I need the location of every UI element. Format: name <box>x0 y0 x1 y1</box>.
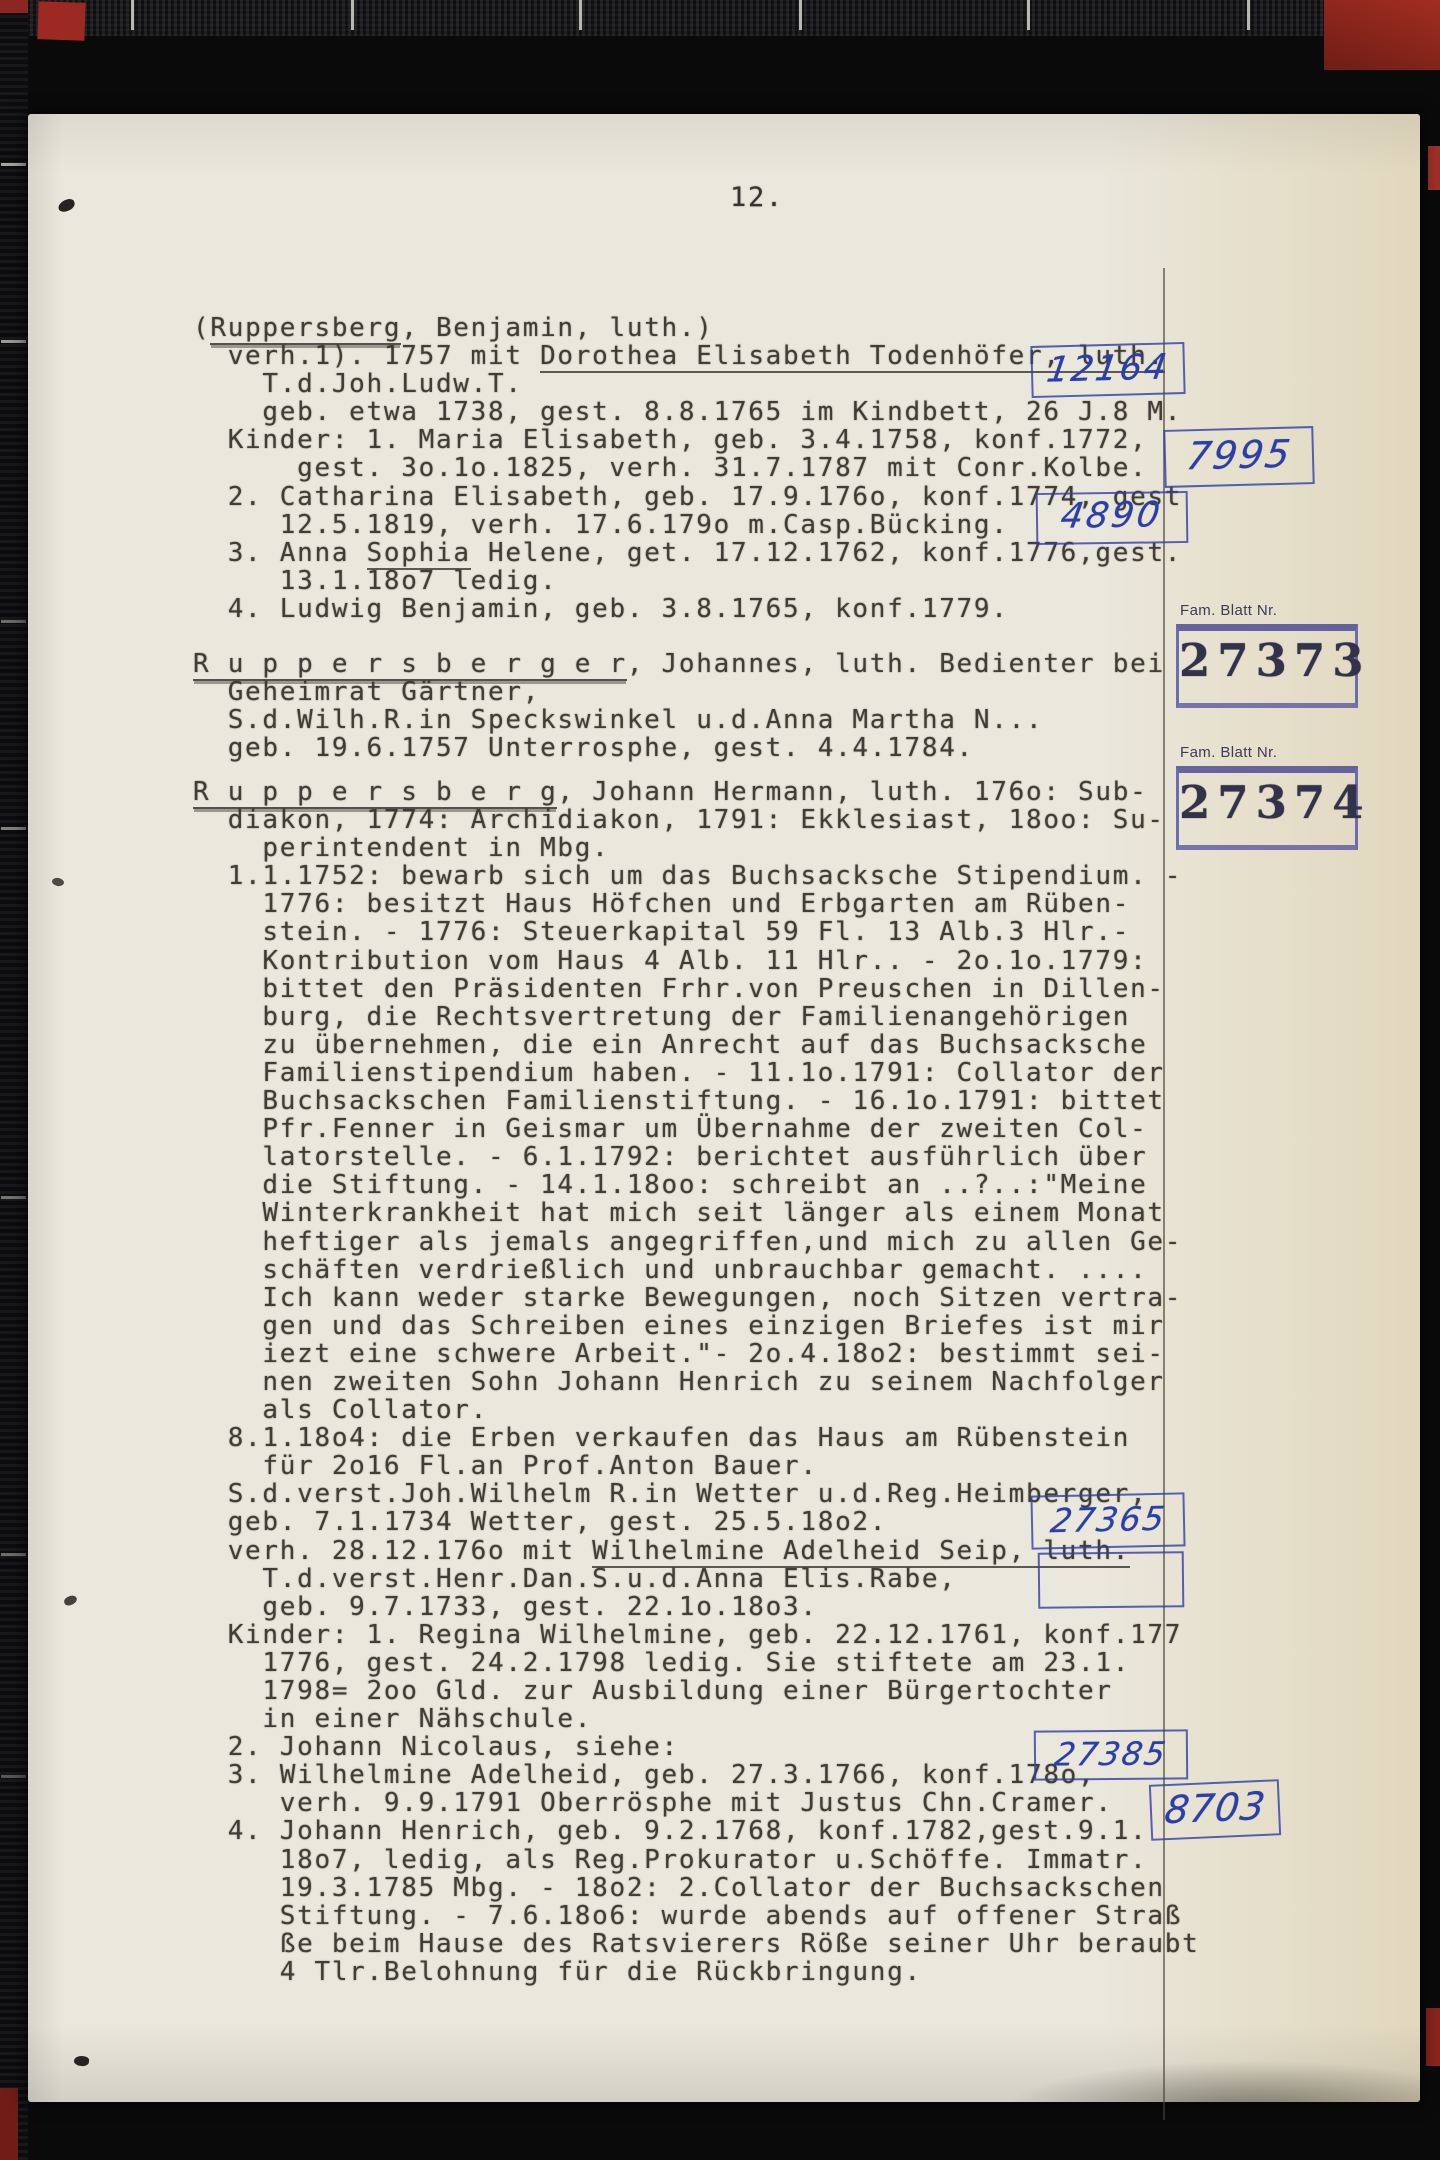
typewritten-line: gen und das Schreiben eines einzigen Bri… <box>193 1312 1200 1340</box>
typewritten-line: 4. Johann Henrich, geb. 9.2.1768, konf.1… <box>193 1817 1200 1845</box>
handwritten-number: 27385 <box>1051 1731 1170 1776</box>
film-edge-tick <box>1 1196 26 1199</box>
typewritten-line: 1776: besitzt Haus Höfchen und Erbgarten… <box>193 890 1200 918</box>
red-film-marker <box>0 2088 18 2160</box>
film-sprocket-strip <box>0 0 1440 36</box>
typewritten-line: nen zweiten Sohn Johann Henrich zu seine… <box>193 1368 1200 1396</box>
typewritten-line: 2. Catharina Elisabeth, geb. 17.9.176o, … <box>193 483 1182 511</box>
typewritten-line: 13.1.18o7 ledig. <box>193 567 1182 595</box>
typewritten-line: gest. 3o.1o.1825, verh. 31.7.1787 mit Co… <box>193 454 1182 482</box>
typewritten-line: bittet den Präsidenten Frhr.von Preusche… <box>193 975 1200 1003</box>
typewritten-line: für 2o16 Fl.an Prof.Anton Bauer. <box>193 1452 1200 1480</box>
typewritten-line: burg, die Rechtsvertretung der Familiena… <box>193 1003 1200 1031</box>
typewritten-line: Buchsackschen Familienstiftung. - 16.1o.… <box>193 1087 1200 1115</box>
typewritten-line: 8.1.18o4: die Erben verkaufen das Haus a… <box>193 1424 1200 1452</box>
stamp-label: Fam. Blatt Nr. <box>1180 602 1277 619</box>
typewritten-line: R u p p e r s b e r g, Johann Hermann, l… <box>193 778 1200 806</box>
typewritten-line: 4 Tlr.Belohnung für die Rückbringung. <box>193 1958 1200 1986</box>
scan-shadow <box>1000 2060 1420 2102</box>
film-edge-tick <box>1 1775 26 1778</box>
typewritten-line: (Ruppersberg, Benjamin, luth.) <box>193 314 1182 342</box>
film-edge-left <box>0 0 28 2160</box>
film-frame-tick <box>579 0 582 30</box>
typewritten-line: Geheimrat Gärtner, <box>193 678 1165 706</box>
red-film-marker <box>1324 0 1440 70</box>
film-edge-tick <box>1 340 26 343</box>
typewritten-line: Familienstipendium haben. - 11.1o.1791: … <box>193 1059 1200 1087</box>
typewritten-line: 18o7, ledig, als Reg.Prokurator u.Schöff… <box>193 1846 1200 1874</box>
handwritten-ref-box-empty <box>1038 1551 1185 1609</box>
typewritten-line: Kinder: 1. Regina Wilhelmine, geb. 22.12… <box>193 1621 1200 1649</box>
typewritten-line: iezt eine schwere Arbeit."- 2o.4.18o2: b… <box>193 1340 1200 1368</box>
film-frame-tick <box>799 0 802 30</box>
film-frame-tick <box>131 0 134 30</box>
typewritten-line: die Stiftung. - 14.1.18oo: schreibt an .… <box>193 1171 1200 1199</box>
typewritten-line: Winterkrankheit hat mich seit länger als… <box>193 1199 1200 1227</box>
handwritten-number: 8703 <box>1161 1782 1268 1835</box>
typewritten-line: zu übernehmen, die ein Anrecht auf das B… <box>193 1031 1200 1059</box>
red-film-marker <box>0 0 28 13</box>
typewritten-line: Pfr.Fenner in Geismar um Übernahme der z… <box>193 1115 1200 1143</box>
red-film-marker <box>1428 146 1440 190</box>
typewritten-line: 19.3.1785 Mbg. - 18o2: 2.Collator der Bu… <box>193 1874 1200 1902</box>
genealogy-entry-ruppersberger-johannes: R u p p e r s b e r g e r, Johannes, lut… <box>193 650 1165 762</box>
stamp-label: Fam. Blatt Nr. <box>1180 744 1277 761</box>
handwritten-ref-box-27365: 27365 <box>1030 1492 1185 1549</box>
film-edge-tick <box>1 620 26 623</box>
film-frame-tick <box>351 0 354 30</box>
typewritten-line: 12.5.1819, verh. 17.6.179o m.Casp.Bückin… <box>193 511 1182 539</box>
typewritten-line: Kinder: 1. Maria Elisabeth, geb. 3.4.175… <box>193 426 1182 454</box>
handwritten-ref-box-12164: 12164 <box>1030 342 1185 398</box>
film-edge-tick <box>1 1553 26 1556</box>
film-edge-tick <box>1 163 26 166</box>
typewritten-line: ße beim Hause des Ratsvierers Röße seine… <box>193 1930 1200 1958</box>
typewritten-line: 1.1.1752: bewarb sich um das Buchsacksch… <box>193 862 1200 890</box>
paper-speck <box>74 2055 90 2066</box>
typewritten-line: R u p p e r s b e r g e r, Johannes, lut… <box>193 650 1165 678</box>
typewritten-line: 3. Anna Sophia Helene, get. 17.12.1762, … <box>193 539 1182 567</box>
typewritten-line: Ich kann weder starke Bewegungen, noch S… <box>193 1284 1200 1312</box>
handwritten-number: 7995 <box>1183 429 1295 482</box>
typewritten-line: schäften verdrießlich und unbrauchbar ge… <box>193 1256 1200 1284</box>
ruled-margin-line <box>1163 268 1165 2120</box>
red-film-marker <box>37 1 85 41</box>
typewritten-line: 1798= 2oo Gld. zur Ausbildung einer Bürg… <box>193 1677 1200 1705</box>
typewritten-line: S.d.Wilh.R.in Speckswinkel u.d.Anna Mart… <box>193 706 1165 734</box>
family-sheet-stamp-27374: 27374 <box>1176 766 1358 850</box>
handwritten-number: 4890 <box>1058 493 1166 540</box>
typewritten-line: 4. Ludwig Benjamin, geb. 3.8.1765, konf.… <box>193 595 1182 623</box>
handwritten-number: 27365 <box>1047 1495 1169 1545</box>
typewritten-line: als Collator. <box>193 1396 1200 1424</box>
typewritten-line: 1776, gest. 24.2.1798 ledig. Sie stiftet… <box>193 1649 1200 1677</box>
typewritten-line: latorstelle. - 6.1.1792: berichtet ausfü… <box>193 1143 1200 1171</box>
red-film-marker <box>1426 2008 1440 2066</box>
typewritten-line: geb. etwa 1738, gest. 8.8.1765 im Kindbe… <box>193 398 1182 426</box>
handwritten-ref-box-8703: 8703 <box>1149 1779 1281 1841</box>
typewritten-line: diakon, 1774: Archidiakon, 1791: Ekklesi… <box>193 806 1200 834</box>
genealogy-entry-ruppersberg-johann-hermann: R u p p e r s b e r g, Johann Hermann, l… <box>193 778 1200 1986</box>
typewritten-line: perintendent in Mbg. <box>193 834 1200 862</box>
handwritten-ref-box-4890: 4890 <box>1036 491 1189 545</box>
typewritten-line: stein. - 1776: Steuerkapital 59 Fl. 13 A… <box>193 918 1200 946</box>
film-frame-tick <box>1247 0 1250 30</box>
typewritten-line: verh. 9.9.1791 Oberrösphe mit Justus Chn… <box>193 1789 1200 1817</box>
film-frame-tick <box>1027 0 1030 30</box>
family-sheet-stamp-27373: 27373 <box>1176 624 1358 708</box>
handwritten-number: 12164 <box>1044 344 1172 393</box>
typewritten-line: geb. 19.6.1757 Unterrosphe, gest. 4.4.17… <box>193 734 1165 762</box>
typewritten-line: Stiftung. - 7.6.18o6: wurde abends auf o… <box>193 1902 1200 1930</box>
typewritten-line: Kontribution vom Haus 4 Alb. 11 Hlr.. - … <box>193 947 1200 975</box>
handwritten-ref-box-27385: 27385 <box>1034 1729 1188 1780</box>
handwritten-ref-box-7995: 7995 <box>1163 426 1314 488</box>
microfilm-frame: 12. (Ruppersberg, Benjamin, luth.) verh.… <box>0 0 1440 2160</box>
typewritten-line: heftiger als jemals angegriffen,und mich… <box>193 1228 1200 1256</box>
film-edge-tick <box>1 827 26 830</box>
page-number: 12. <box>730 182 784 213</box>
typewritten-line: in einer Nähschule. <box>193 1705 1200 1733</box>
